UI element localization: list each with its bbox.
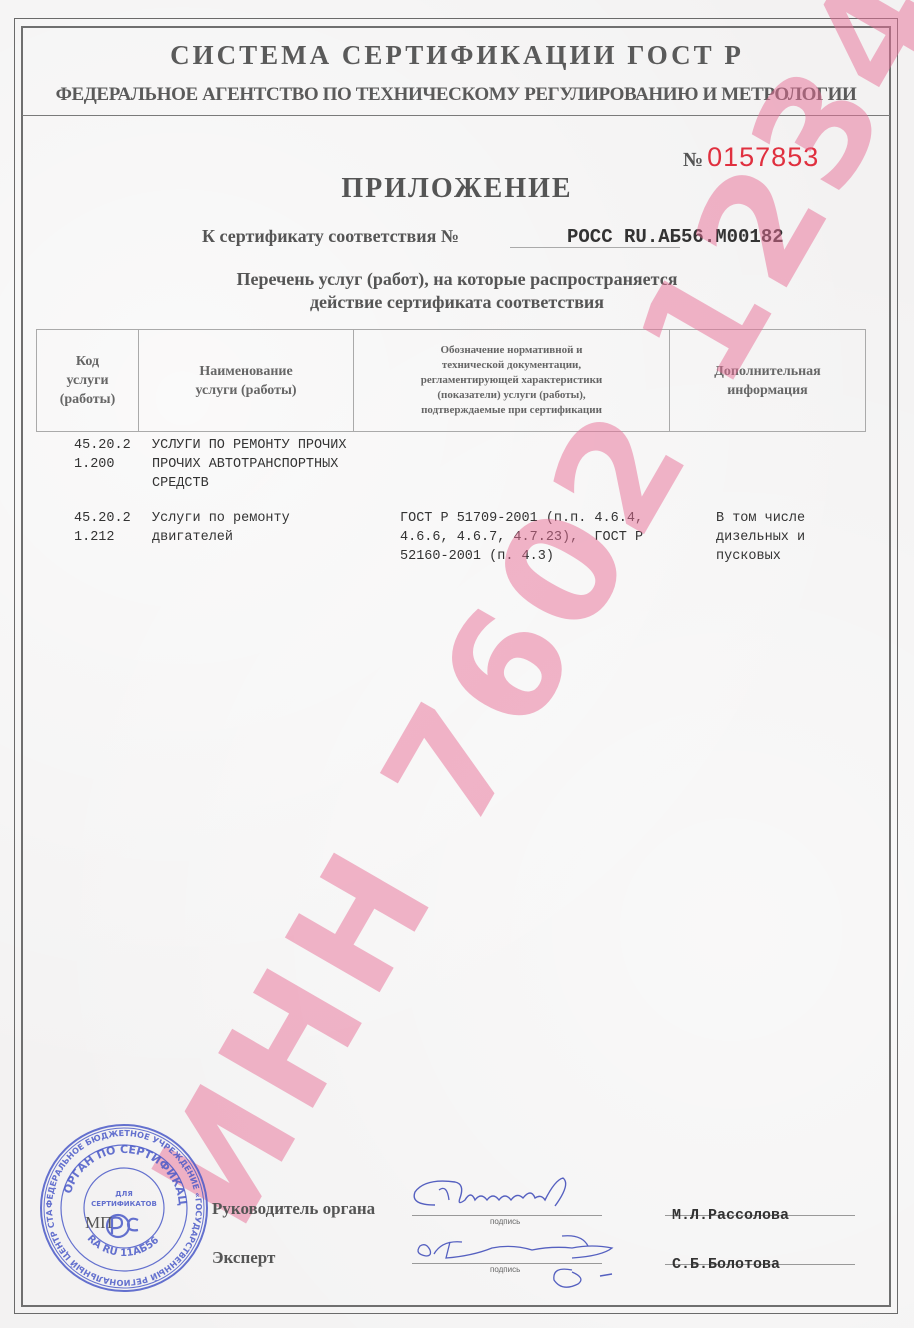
table-row: 45.20.2 1.212 Услуги по ремонту двигател… bbox=[74, 509, 90, 604]
svg-text:ДЛЯ: ДЛЯ bbox=[115, 1190, 132, 1198]
services-table-header: Код услуги (работы) Наименование услуги … bbox=[36, 329, 866, 432]
head-of-body-label: Руководитель органа bbox=[212, 1199, 375, 1219]
stamp-mp-label: МП bbox=[85, 1213, 112, 1233]
serial-number-value: 0157853 bbox=[707, 142, 819, 172]
expert-label: Эксперт bbox=[212, 1248, 275, 1268]
column-header-code-text: Код услуги (работы) bbox=[60, 352, 116, 409]
service-name: УСЛУГИ ПО РЕМОНТУ ПРОЧИХ ПРОЧИХ АВТОТРАН… bbox=[152, 436, 402, 493]
expert-name: С.Б.Болотова bbox=[672, 1256, 780, 1273]
number-sign: № bbox=[683, 149, 703, 171]
list-heading-line-2: действие сертификата соответствия bbox=[0, 291, 914, 314]
service-code: 45.20.2 1.200 bbox=[74, 436, 152, 474]
certificate-label: К сертификату соответствия № bbox=[202, 226, 459, 247]
column-header-additional-info-text: Дополнительная информация bbox=[714, 362, 821, 400]
column-header-normative-docs: Обозначение нормативной и технической до… bbox=[354, 330, 670, 431]
column-header-service-name: Наименование услуги (работы) bbox=[139, 330, 354, 431]
column-header-additional-info: Дополнительная информация bbox=[670, 330, 865, 431]
expert-signature-icon bbox=[412, 1226, 632, 1296]
column-header-service-name-text: Наименование услуги (работы) bbox=[195, 362, 296, 400]
certification-stamp-icon: ФЕДЕРАЛЬНОЕ БЮДЖЕТНОЕ УЧРЕЖДЕНИЕ «ГОСУДА… bbox=[38, 1122, 210, 1294]
head-name: М.Л.Рассолова bbox=[672, 1207, 789, 1224]
inner-border bbox=[21, 26, 891, 1307]
list-heading: Перечень услуг (работ), на которые распр… bbox=[0, 268, 914, 314]
page-title: ПРИЛОЖЕНИЕ bbox=[0, 173, 914, 205]
agency-name: ФЕДЕРАЛЬНОЕ АГЕНТСТВО ПО ТЕХНИЧЕСКОМУ РЕ… bbox=[22, 84, 890, 106]
normative-docs: ГОСТ Р 51709-2001 (п.п. 4.6.4, 4.6.6, 4.… bbox=[400, 509, 720, 566]
service-name: Услуги по ремонту двигателей bbox=[152, 509, 402, 547]
system-title: СИСТЕМА СЕРТИФИКАЦИИ ГОСТ Р bbox=[0, 40, 914, 71]
head-signature-icon bbox=[405, 1170, 580, 1220]
certificate-number: РОСС RU.АБ56.М00182 bbox=[567, 226, 784, 248]
header-divider bbox=[22, 115, 890, 116]
additional-info: В том числе дизельных и пусковых bbox=[716, 509, 856, 566]
list-heading-line-1: Перечень услуг (работ), на которые распр… bbox=[0, 268, 914, 291]
serial-number: № 0157853 bbox=[683, 142, 819, 173]
service-code: 45.20.2 1.212 bbox=[74, 509, 152, 547]
column-header-normative-docs-text: Обозначение нормативной и технической до… bbox=[421, 343, 603, 418]
svg-text:СЕРТИФИКАТОВ: СЕРТИФИКАТОВ bbox=[91, 1200, 157, 1208]
column-header-code: Код услуги (работы) bbox=[37, 330, 139, 431]
